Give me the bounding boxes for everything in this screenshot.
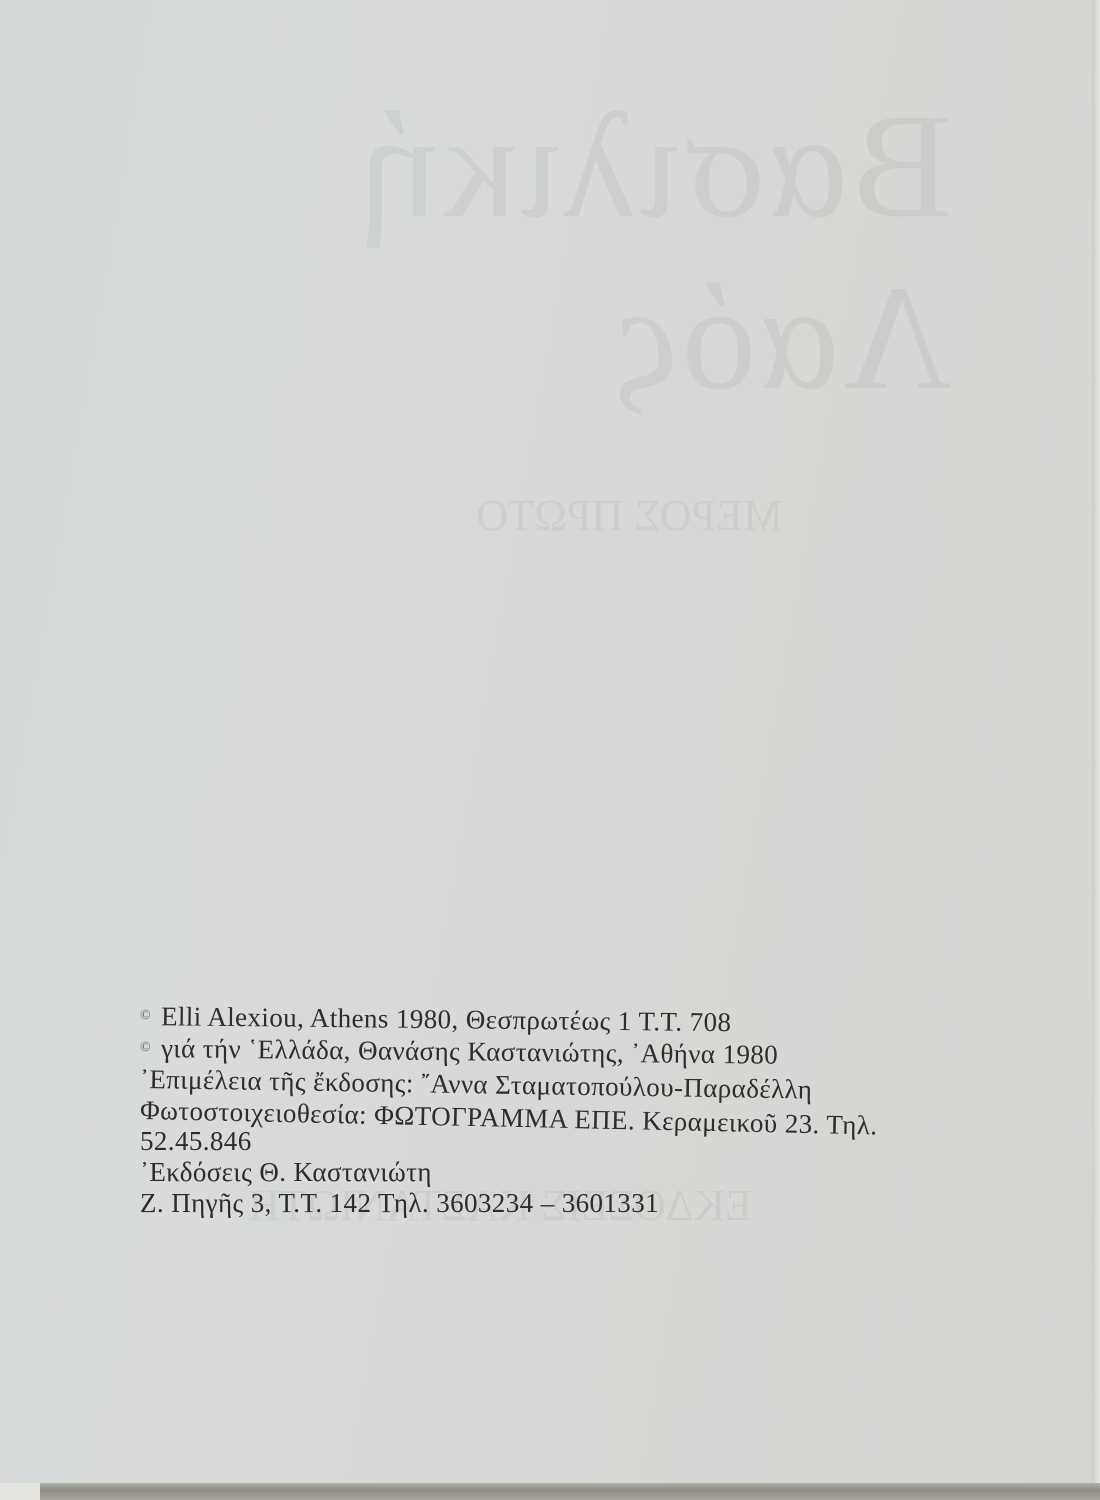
- table-surface: [0, 1483, 1100, 1500]
- copyright-notice: ©Elli Alexiou, Athens 1980, Θεσπρωτέως 1…: [140, 1000, 1040, 1219]
- publisher-name: ᾿Εκδόσεις Θ. Καστανιώτη: [140, 1157, 1040, 1188]
- book-page: Βασιλική Λαός ΜΕΡΟΣ ΠΡΩΤΟ ΕΚΔΟΣΕΙΣ ΚΑΣΤΑ…: [0, 0, 1092, 1483]
- page-tab: [0, 1483, 40, 1500]
- show-through-line: ΜΕΡΟΣ ΠΡΩΤΟ: [476, 490, 782, 541]
- copyright-symbol-icon: ©: [140, 1040, 151, 1055]
- copyright-symbol-icon: ©: [140, 1008, 151, 1023]
- show-through-title: Βασιλική Λαός: [0, 80, 952, 424]
- page-edge: [1092, 0, 1100, 1500]
- reverse-side-show-through: Βασιλική Λαός ΜΕΡΟΣ ΠΡΩΤΟ ΕΚΔΟΣΕΙΣ ΚΑΣΤΑ…: [0, 0, 1092, 1000]
- publisher-address: Ζ. Πηγῆς 3, Τ.Τ. 142 Τηλ. 3603234 – 3601…: [140, 1188, 1040, 1219]
